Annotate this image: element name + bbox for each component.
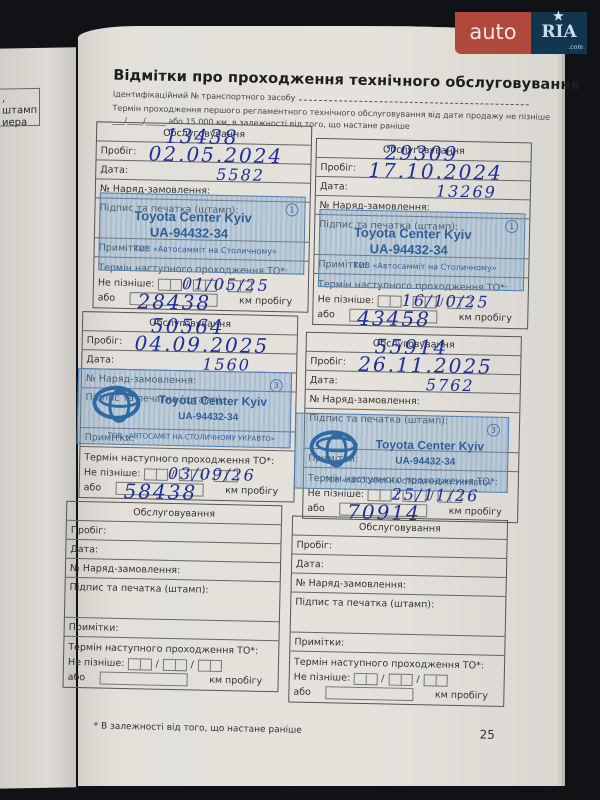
km-label: км пробігу: [435, 690, 488, 702]
stamp-org: ТОВ «Автосамміт на Столичному»: [134, 244, 277, 256]
date-label: Дата:: [100, 164, 128, 176]
order-label: № Наряд-замовлення:: [309, 394, 420, 407]
handwritten-date: 04.09.2025: [134, 333, 269, 356]
service-record-card: Обслуговування Пробіг: Дата: № Наряд-зам…: [62, 501, 282, 692]
stamp-code: UA-94432-34: [370, 241, 448, 258]
toyota-logo-icon: [309, 430, 358, 465]
vin-label: Ідентифікаційний № транспортного засобу: [113, 90, 296, 103]
km-label: км пробігу: [209, 675, 262, 687]
watermark-ria: ★ RIA .com: [531, 12, 587, 54]
watermark-ria-text: RIA: [541, 22, 576, 42]
km-label: км пробігу: [239, 295, 292, 307]
left-fragment-text-2: иера: [2, 117, 39, 130]
handwritten-date: 17.10.2024: [368, 160, 503, 183]
handwritten-order-no: 5582: [216, 167, 265, 184]
handwritten-next-km: 28438: [137, 291, 211, 313]
service-book-page: Відмітки про проходження технічного обсл…: [78, 26, 558, 786]
stamp-name: Toyota Center Kyiv: [158, 393, 267, 409]
footnote: * В залежності від того, що настане рані…: [94, 721, 302, 735]
signature-label: Підпис та печатка (штамп):: [69, 582, 208, 596]
handwritten-order-no: 1560: [202, 357, 251, 374]
handwritten-order-no: 13269: [436, 183, 497, 200]
notes-label: Примітки:: [294, 637, 344, 649]
next-service-block: Термін наступного проходження ТО*: Не пі…: [63, 637, 278, 691]
mileage-label: Пробіг:: [101, 145, 137, 157]
not-later-label: Не пізніше:: [84, 467, 141, 479]
service-record-card: Обслуговування Пробіг: Дата: № Наряд-зам…: [92, 121, 312, 312]
toyota-logo-icon: [92, 385, 141, 420]
or-label: або: [317, 309, 335, 320]
signature-row: Підпис та печатка (штамп):: [65, 578, 280, 622]
stamp-name: Toyota Center Kyiv: [375, 437, 484, 453]
or-label: або: [307, 503, 325, 514]
next-km-box: [325, 686, 413, 701]
autoria-watermark: auto ★ RIA .com: [455, 12, 587, 54]
mileage-label: Пробіг:: [296, 540, 332, 552]
km-label: км пробігу: [449, 506, 502, 518]
handwritten-next-km: 43458: [357, 308, 431, 330]
or-label: або: [293, 687, 311, 698]
left-fragment-text-1: , штамп: [2, 93, 39, 118]
date-label: Дата:: [70, 544, 98, 556]
mileage-label: Пробіг:: [87, 335, 123, 347]
left-page-fragment: , штамп иера: [0, 88, 40, 127]
dealer-stamp: Toyota Center Kyiv UA-94432-34 ТОВ «Авто…: [98, 192, 306, 274]
stamp-org: ТОВ «АВТОСАМІТ НА СТОЛИЧНОМУ УКРАВТО»: [108, 432, 276, 444]
stamp-number: 3: [487, 424, 500, 437]
handwritten-order-no: 5762: [426, 377, 475, 394]
stamp-number: 1: [285, 203, 298, 216]
next-service-block: Термін наступного проходження ТО*: Не пі…: [289, 651, 504, 705]
page-number: 25: [479, 727, 495, 741]
service-record-card: Обслуговування Пробіг: Дата: № Наряд-зам…: [302, 332, 522, 523]
dealer-stamp: Toyota Center Kyiv UA-94432-34 ТОВ «Авто…: [318, 209, 526, 291]
next-km-box: [99, 671, 187, 686]
or-label: або: [84, 482, 102, 493]
stamp-number: 1: [505, 220, 518, 233]
notes-label: Примітки:: [69, 622, 119, 634]
watermark-com: .com: [568, 44, 583, 52]
date-label: Дата:: [86, 354, 114, 366]
handwritten-next-km: 58438: [123, 481, 197, 503]
handwritten-date: 26.11.2025: [358, 354, 493, 377]
not-later-label: Не пізніше:: [318, 294, 375, 306]
service-record-card: Обслуговування Пробіг: Дата: № Наряд-зам…: [288, 515, 508, 706]
signature-label: Підпис та печатка (штамп):: [295, 597, 434, 611]
watermark-auto: auto: [455, 12, 531, 54]
mileage-label: Пробіг:: [320, 162, 356, 174]
service-record-card: Обслуговування Пробіг: Дата: № Наряд-зам…: [78, 311, 298, 502]
stamp-name: Toyota Center Kyiv: [134, 208, 252, 225]
page-title: Відмітки про проходження технічного обсл…: [113, 68, 580, 94]
km-label: км пробігу: [225, 485, 278, 497]
order-label: № Наряд-замовлення:: [70, 563, 181, 576]
dealer-stamp: Toyota Center Kyiv UA-94432-34 ТОВ «АВТО…: [77, 368, 293, 448]
stamp-number: 3: [270, 379, 283, 392]
mileage-label: Пробіг:: [71, 525, 107, 537]
or-label: або: [98, 292, 116, 303]
stamp-code: UA-94432-34: [178, 411, 238, 423]
stamp-name: Toyota Center Kyiv: [354, 225, 472, 242]
not-later-label: Не пізніше:: [294, 672, 351, 684]
service-record-card: Обслуговування Пробіг: Дата: № Наряд-зам…: [312, 138, 532, 329]
stamp-org: ТОВ «Автосамміт на Столичному»: [353, 261, 496, 273]
km-label: км пробігу: [459, 312, 512, 324]
dealer-stamp: Toyota Center Kyiv UA-94432-34 ТОВ «АВТО…: [294, 413, 510, 493]
signature-row: Підпис та печатка (штамп):: [291, 593, 506, 637]
mileage-label: Пробіг:: [310, 356, 346, 368]
order-label: № Наряд-замовлення:: [296, 578, 407, 591]
not-later-label: Не пізніше:: [68, 657, 125, 669]
date-label: Дата:: [310, 375, 338, 387]
stamp-code: UA-94432-34: [395, 456, 455, 468]
star-icon: ★: [553, 9, 564, 23]
handwritten-date: 02.05.2024: [148, 143, 283, 166]
not-later-label: Не пізніше:: [98, 277, 155, 289]
or-label: або: [68, 672, 86, 683]
date-label: Дата:: [320, 181, 348, 193]
date-label: Дата:: [296, 559, 324, 571]
stamp-code: UA-94432-34: [150, 224, 228, 241]
